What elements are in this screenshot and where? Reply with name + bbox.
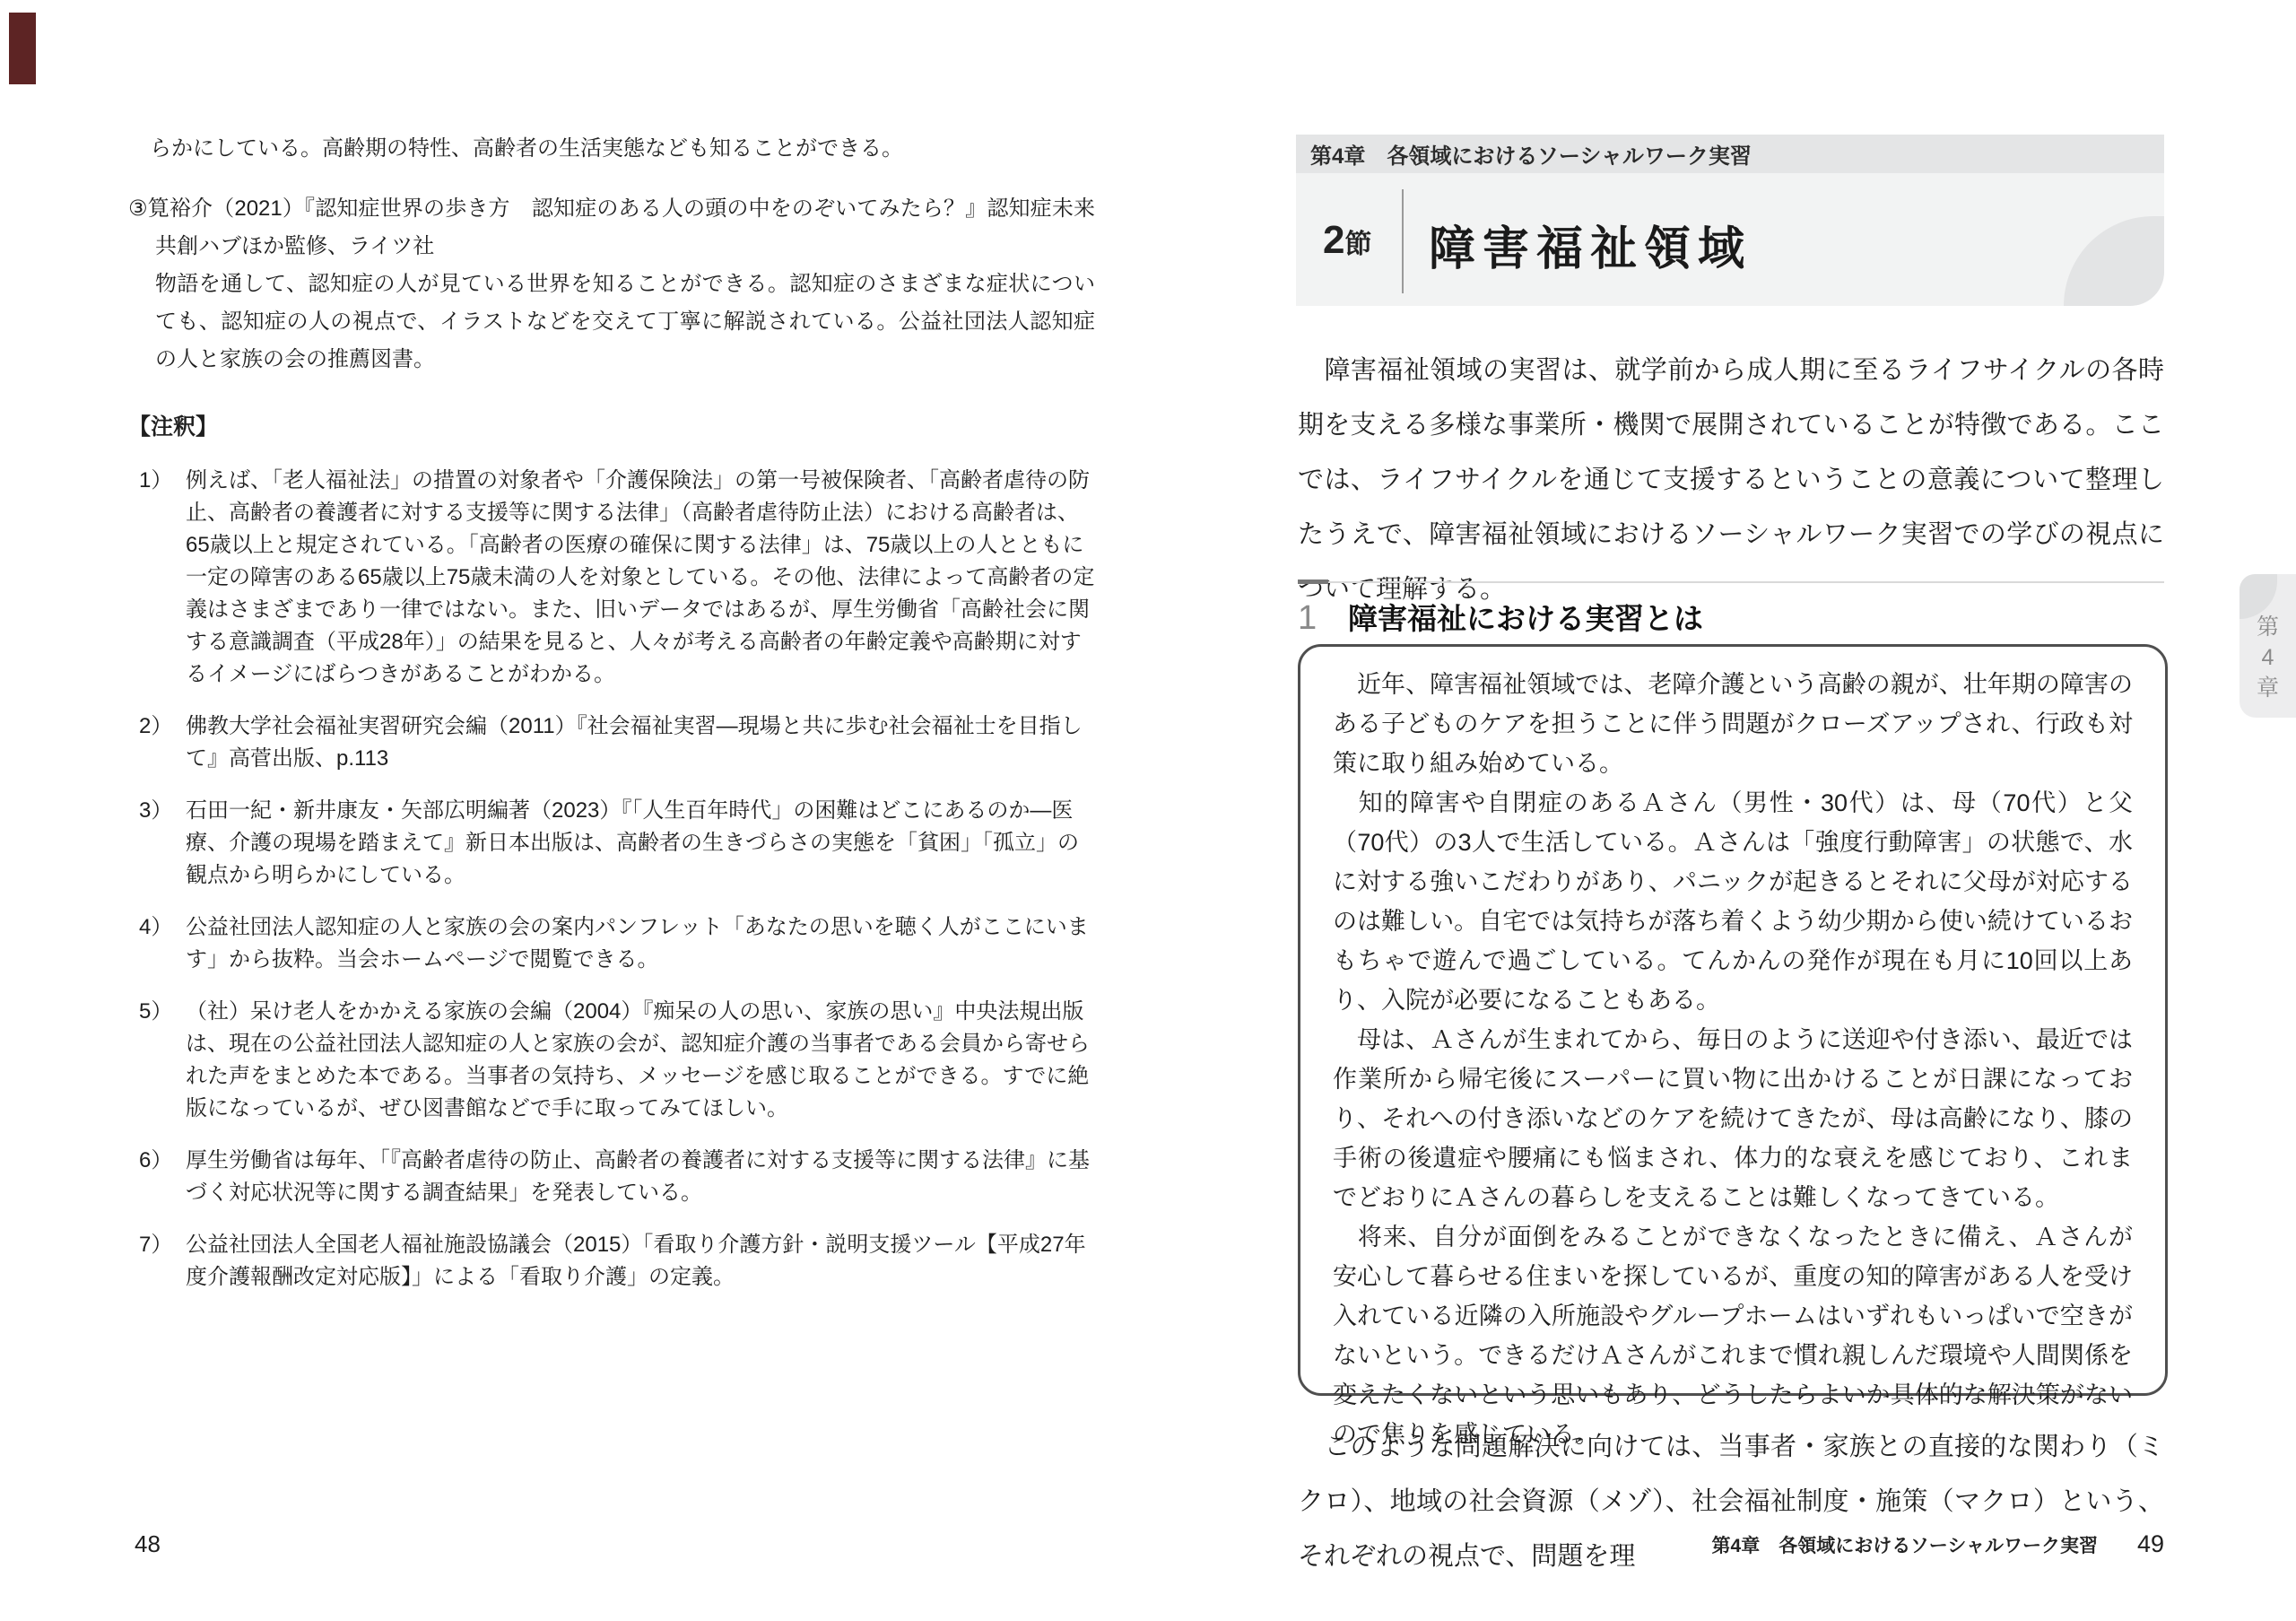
section-divider-line (1402, 189, 1404, 293)
side-tab-char: 4 (2239, 642, 2296, 673)
side-tab-label: 第 4 章 (2239, 612, 2296, 703)
case-paragraph-4: 将来、自分が面倒をみることができなくなったときに備え、Ａさんが安心して暮らせる住… (1333, 1217, 2133, 1454)
case-study-box: 近年、障害福祉領域では、老障介護という高齢の親が、壮年期の障害のある子どものケア… (1298, 644, 2168, 1396)
section-number: 2節 (1323, 218, 1371, 263)
note-text: （社）呆け老人をかかえる家族の会編（2004）『痴呆の人の思い、家族の思い』中央… (186, 999, 1090, 1120)
section-title-block: 2節 障害福祉領域 (1296, 173, 2164, 306)
note-number: 3） (139, 795, 172, 827)
note-text: 例えば、「老人福祉法」の措置の対象者や「介護保険法」の第一号被保険者、「高齢者虐… (186, 468, 1094, 686)
page-number-left: 48 (135, 1530, 161, 1558)
note-text: 佛教大学社会福祉実習研究会編（2011）『社会福祉実習―現場と共に歩む社会福祉士… (186, 714, 1083, 771)
note-item: 6） 厚生労働省は毎年、「『高齢者虐待の防止、高齢者の養護者に対する支援等に関す… (128, 1145, 1095, 1209)
closing-paragraph: このような問題解決に向けては、当事者・家族との直接的な関わり（ミクロ）、地域の社… (1298, 1420, 2164, 1584)
reference-citation: ③筧裕介（2021）『認知症世界の歩き方 認知症のある人の頭の中をのぞいてみたら… (128, 190, 1095, 266)
book-spread: { "left_page": { "continuation_line": "ら… (0, 0, 2296, 1621)
page-number-right: 49 (2137, 1530, 2164, 1558)
chapter-side-tab: 第 4 章 (2239, 574, 2296, 718)
corner-decoration (2064, 216, 2164, 306)
section-number-digit: 2 (1323, 218, 1344, 262)
note-text: 厚生労働省は毎年、「『高齢者虐待の防止、高齢者の養護者に対する支援等に関する法律… (186, 1148, 1090, 1205)
note-item: 2） 佛教大学社会福祉実習研究会編（2011）『社会福祉実習―現場と共に歩む社会… (128, 710, 1095, 775)
note-number: 7） (139, 1229, 172, 1261)
subheading-number: 1 (1298, 599, 1348, 638)
note-number: 2） (139, 710, 172, 743)
note-item: 5） （社）呆け老人をかかえる家族の会編（2004）『痴呆の人の思い、家族の思い… (128, 996, 1095, 1125)
side-tab-char: 章 (2239, 673, 2296, 703)
section-title: 障害福祉領域 (1429, 211, 1752, 278)
subheading-text: 障害福祉における実習とは (1348, 596, 1703, 638)
chapter-header-bar: 第4章 各領域におけるソーシャルワーク実習 (1296, 135, 2164, 173)
note-item: 3） 石田一紀・新井康友・矢部広明編著（2023）『「人生百年時代」の困難はどこ… (128, 795, 1095, 892)
subheading: 1 障害福祉における実習とは (1298, 596, 2164, 638)
case-paragraph-3: 母は、Ａさんが生まれてから、毎日のように送迎や付き添い、最近では作業所から帰宅後… (1333, 1020, 2133, 1217)
section-number-unit: 節 (1344, 230, 1371, 259)
continuation-paragraph: らかにしている。高齢期の特性、高齢者の生活実態なども知ることができる。 (128, 131, 1095, 167)
right-page-header: 第4章 各領域におけるソーシャルワーク実習 2節 障害福祉領域 (1296, 135, 2164, 306)
left-page: らかにしている。高齢期の特性、高齢者の生活実態なども知ることができる。 ③筧裕介… (128, 131, 1095, 1313)
note-number: 5） (139, 996, 172, 1028)
intro-paragraph: 障害福祉領域の実習は、就学前から成人期に至るライフサイクルの各時期を支える多様な… (1298, 344, 2164, 617)
note-text: 公益社団法人全国老人福祉施設協議会（2015）「看取り介護方針・説明支援ツール【… (186, 1233, 1086, 1289)
notes-section-title: 【注釈】 (128, 409, 1095, 441)
note-text: 公益社団法人認知症の人と家族の会の案内パンフレット「あなたの思いを聴く人がここに… (186, 915, 1089, 972)
book-reference-entry: ③筧裕介（2021）『認知症世界の歩き方 認知症のある人の頭の中をのぞいてみたら… (128, 190, 1095, 379)
footer-right: 第4章 各領域におけるソーシャルワーク実習 49 (1296, 1530, 2164, 1558)
note-text: 石田一紀・新井康友・矢部広明編著（2023）『「人生百年時代」の困難はどこにある… (186, 798, 1079, 887)
footer-chapter-label: 第4章 各領域におけるソーシャルワーク実習 (1712, 1531, 2098, 1558)
note-number: 1） (139, 465, 172, 497)
reference-description: 物語を通して、認知症の人が見ている世界を知ることができる。認知症のさまざまな症状… (128, 266, 1095, 379)
case-paragraph-1: 近年、障害福祉領域では、老障介護という高齢の親が、壮年期の障害のある子どものケア… (1333, 665, 2133, 783)
side-tab-char: 第 (2239, 612, 2296, 642)
note-item: 7） 公益社団法人全国老人福祉施設協議会（2015）「看取り介護方針・説明支援ツ… (128, 1229, 1095, 1294)
note-number: 4） (139, 911, 172, 944)
print-registration-mark (9, 13, 36, 84)
note-item: 1） 例えば、「老人福祉法」の措置の対象者や「介護保険法」の第一号被保険者、「高… (128, 465, 1095, 691)
case-paragraph-2: 知的障害や自閉症のあるＡさん（男性・30代）は、母（70代）と父（70代）の3人… (1333, 783, 2133, 1020)
note-item: 4） 公益社団法人認知症の人と家族の会の案内パンフレット「あなたの思いを聴く人が… (128, 911, 1095, 976)
subheading-rule (1298, 581, 2164, 583)
note-number: 6） (139, 1145, 172, 1177)
notes-list: 1） 例えば、「老人福祉法」の措置の対象者や「介護保険法」の第一号被保険者、「高… (128, 465, 1095, 1294)
subheading-rule-accent (1298, 580, 1328, 584)
